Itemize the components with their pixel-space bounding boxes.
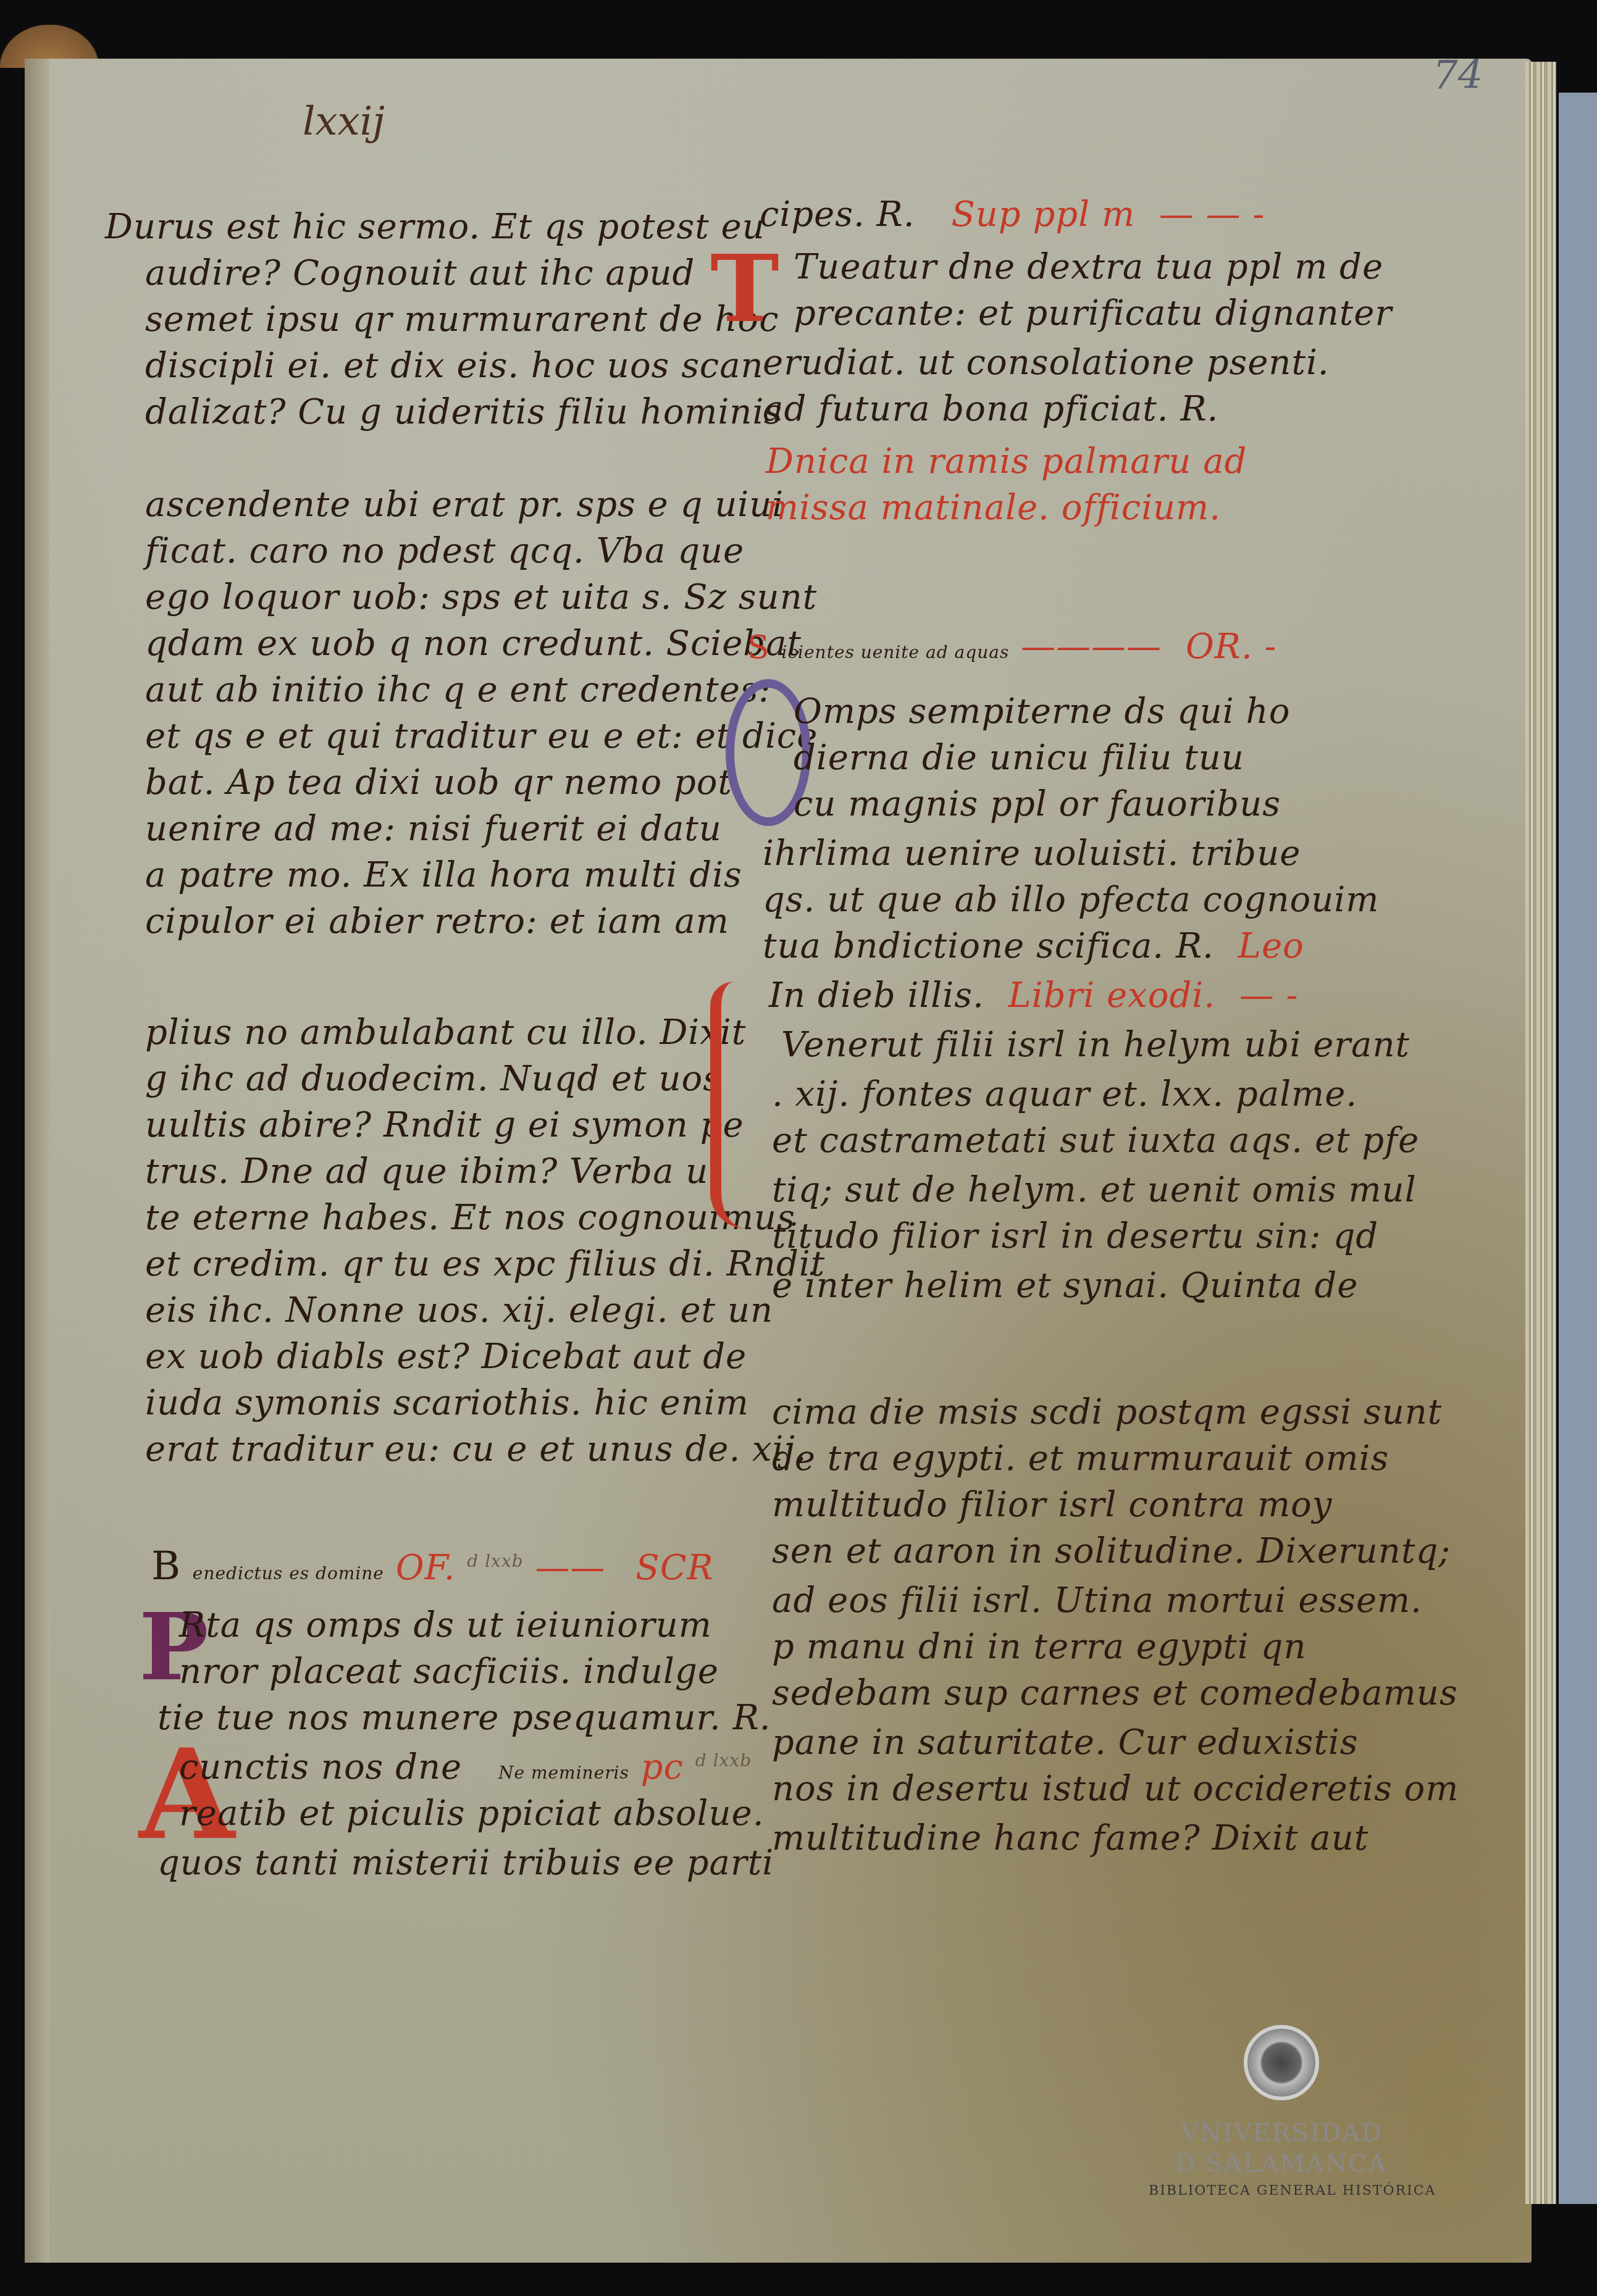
text-line: discipli ei. et dix eis. hoc uos scan [145,346,764,386]
text-line: precante: et purificatu dignanter [794,293,1392,333]
rubric-title: Dnica in ramis palmaru ad [766,441,1247,482]
text-line: Venerut filii isrl in helym ubi erant [781,1025,1410,1065]
text-line: cunctis nos dne Ne memineris pc d lxxb [179,1747,752,1787]
text-line: qs. ut que ab illo pfecta cognouim [763,880,1379,920]
text-line: multitudine hanc fame? Dixit aut [772,1818,1369,1858]
text-line: nos in desertu istud ut occideretis om [772,1769,1459,1809]
text-line: audire? Cognouit aut ihc apud [145,253,695,293]
text-line: ex uob diabls est? Dicebat aut de [145,1337,747,1377]
rubric-title: missa matinale. officium. [766,488,1221,528]
text-line: pane in saturitate. Cur eduxistis [772,1722,1358,1763]
page-gutter [25,59,49,2263]
text-line: uultis abire? Rndit g ei symon pe [145,1105,744,1145]
library-watermark: VNIVERSIDAD D SALAMANCA BIBLIOTECA GENER… [1149,2025,1414,2198]
text-line: ihrlima uenire uoluisti. tribue [763,833,1301,874]
text-line: erudiat. ut consolatione psenti. [763,343,1330,383]
margin-annotation: d lxxb [467,1551,523,1571]
text-line: tua bndictione scifica. R. Leo [763,926,1304,966]
rubric-dash: —— [535,1548,605,1588]
text-line: aut ab initio ihc q e ent credentes: [145,670,771,710]
text-line: cipes. R. Sup ppl m — — - [760,194,1265,235]
text-line: multitudo filior isrl contra moy [772,1485,1332,1525]
text-line: ad futura bona pficiat. R. [763,389,1218,429]
margin-annotation: d lxxb [695,1750,752,1771]
text-line: uenire ad me: nisi fuerit ei datu [145,809,722,849]
rubric-dash: — - [1239,975,1299,1016]
text-line: et credim. qr tu es xpc filius di. Rndit [145,1244,825,1284]
text-line: eis ihc. Nonne uos. xij. elegi. et un [145,1290,773,1330]
text-line: erat traditur eu: cu e et unus de. xij. [145,1429,807,1469]
rubric-dash: - [1265,627,1277,667]
prayer-text: cunctis nos dne [179,1747,462,1787]
text-line: Rta qs omps ds ut ieiuniorum [179,1605,712,1645]
initial-i [710,982,746,1229]
text-line: bat. Ap tea dixi uob qr nemo pot [145,762,732,803]
watermark-line-1: VNIVERSIDAD [1149,2119,1414,2147]
text-line: p manu dni in terra egypti qn [772,1627,1306,1667]
text-line: qdam ex uob q non credunt. Sciebat [145,624,802,664]
line-text: In dieb illis. [769,975,984,1016]
folio-mark: lxxij [303,99,385,144]
rubric-line: B enedictus es domine OF. d lxxb —— SCR [151,1543,714,1589]
text-line: tie tue nos munere psequamur. R. [157,1698,771,1738]
text-line: In dieb illis. Libri exodi. — - [769,975,1299,1016]
text-line: Tueatur dne dextra tua ppl m de [794,247,1383,287]
rubric-pc: pc [641,1747,684,1787]
incipit-small: Ne memineris [498,1763,629,1783]
text-line: cipulor ei abier retro: et iam am [145,901,729,941]
text-line: et castrametati sut iuxta aqs. et pfe [772,1121,1419,1161]
text-line: et qs e et qui traditur eu e et: et dice [145,716,818,756]
rubric-or: OR. [1186,627,1253,667]
watermark-line-2: D SALAMANCA [1149,2150,1414,2178]
text-line: dierna die unicu filiu tuu [794,738,1244,778]
text-line: trus. Dne ad que ibim? Verba ui [145,1151,720,1192]
initial-t: T [710,235,779,343]
text-line: titudo filior isrl in desertu sin: qd [772,1216,1378,1256]
text-line: ego loquor uob: sps et uita s. Sz sunt [145,577,817,617]
university-seal-icon [1244,2025,1319,2100]
text-line: a patre mo. Ex illa hora multi dis [145,855,742,895]
text-line: ascendente ubi erat pr. sps e q uiui [145,485,784,525]
rubric-libri-exodi: Libri exodi. [1008,975,1215,1016]
page-edges [1525,62,1556,2204]
text-line: sen et aaron in solitudine. Dixeruntq; [772,1531,1451,1571]
rubric-leo: Leo [1238,926,1304,966]
background-strip [1559,93,1597,2204]
text-line: ad eos filii isrl. Utina mortui essem. [772,1580,1422,1621]
text-line: plius no ambulabant cu illo. Dixit [145,1012,746,1053]
rubric-of: OF. [396,1548,456,1588]
text-line: tiq; sut de helym. et uenit omis mul [772,1170,1417,1210]
text-line: de tra egypti. et murmurauit omis [772,1438,1389,1479]
text-line: cima die msis scdi postqm egssi sunt [772,1392,1442,1432]
line-text: tua bndictione scifica. R. [763,926,1214,966]
rubric-scr: SCR [635,1548,713,1588]
incipit-text: enedictus es domine [193,1563,384,1584]
text-line: ficat. caro no pdest qcq. Vba que [145,531,744,571]
antiphon-text: icientes uenite ad aquas [781,642,1009,662]
text-line: quos tanti misterii tribuis ee parti [157,1843,774,1883]
text-line: dalizat? Cu g uideritis filiu hominis [145,392,782,432]
text-line: e inter helim et synai. Quinta de [772,1266,1358,1306]
text-line: iuda symonis scariothis. hic enim [145,1383,749,1423]
text-line: reatib et piculis ppiciat absolue. [179,1793,765,1834]
antiphon-line: S icientes uenite ad aquas ———— OR. - [747,627,1277,667]
initial-b: B [151,1543,181,1589]
text-line: Durus est hic sermo. Et qs potest eu [105,207,765,247]
line-text: cipes. R. [760,194,915,235]
initial-s: S [747,629,770,666]
text-line: g ihc ad duodecim. Nuqd et uos [145,1059,721,1099]
folio-number: 74 [1433,52,1483,98]
rubric-text: Sup ppl m [951,194,1135,235]
rubric-line-mark: ———— [1021,627,1162,667]
watermark-line-3: BIBLIOTECA GENERAL HISTÓRICA [1149,2183,1414,2198]
text-line: te eterne habes. Et nos cognouimus [145,1198,795,1238]
text-line: nror placeat sacficiis. indulge [179,1651,719,1692]
text-line: . xij. fontes aquar et. lxx. palme. [772,1074,1357,1114]
text-line: cu magnis ppl or fauoribus [794,784,1281,824]
text-line: semet ipsu qr murmurarent de hoc [145,299,779,340]
text-line: Omps sempiterne ds qui ho [794,691,1290,732]
rubric-dash: — — - [1159,194,1265,235]
text-line: sedebam sup carnes et comedebamus [772,1673,1458,1713]
